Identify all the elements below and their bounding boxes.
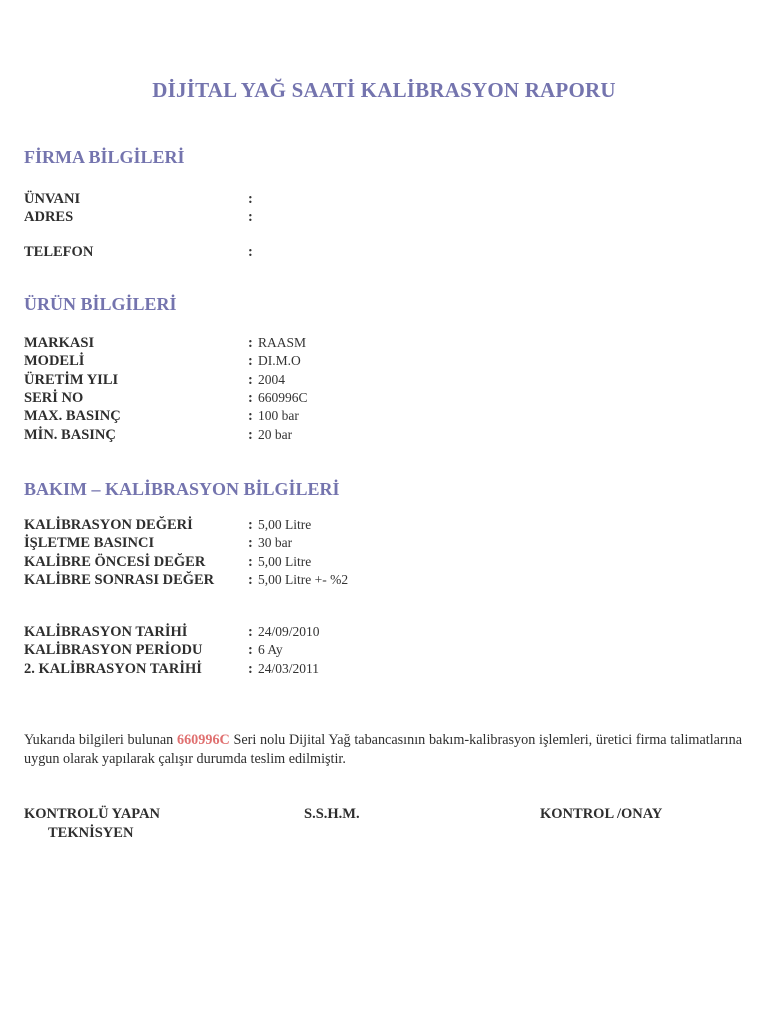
field-colon: : <box>248 243 253 261</box>
field-colon: : <box>248 334 253 352</box>
field-value: 24/03/2011 <box>258 660 319 678</box>
signature-technician-line1: KONTROLÜ YAPAN <box>24 805 160 824</box>
field-label: MODELİ <box>24 352 84 370</box>
field-colon: : <box>248 660 253 678</box>
field-label: 2. KALİBRASYON TARİHİ <box>24 660 202 678</box>
field-label: TELEFON <box>24 243 93 261</box>
field-label: SERİ NO <box>24 389 83 407</box>
field-colon: : <box>248 407 253 425</box>
field-label: KALİBRASYON PERİODU <box>24 641 202 659</box>
signature-sshm: S.S.H.M. <box>304 805 360 824</box>
statement-serial: 660996C <box>177 732 230 748</box>
statement-paragraph: Yukarıda bilgileri bulunan 660996C Seri … <box>24 731 742 769</box>
field-colon: : <box>248 516 253 534</box>
field-label: KALİBRE SONRASI DEĞER <box>24 571 214 589</box>
field-colon: : <box>248 190 253 208</box>
field-label: KALİBRE ÖNCESİ DEĞER <box>24 553 205 571</box>
field-value: 5,00 Litre +- %2 <box>258 571 348 589</box>
field-colon: : <box>248 534 253 552</box>
field-label: İŞLETME BASINCI <box>24 534 154 552</box>
section-firma-heading: FİRMA BİLGİLERİ <box>24 147 185 168</box>
field-value: DI.M.O <box>258 352 301 370</box>
field-value: RAASM <box>258 334 306 352</box>
field-label: MARKASI <box>24 334 94 352</box>
field-label: ÜNVANI <box>24 190 80 208</box>
field-colon: : <box>248 389 253 407</box>
field-value: 660996C <box>258 389 308 407</box>
field-colon: : <box>248 426 253 444</box>
field-label: ADRES <box>24 208 73 226</box>
field-value: 100 bar <box>258 407 299 425</box>
field-label: KALİBRASYON TARİHİ <box>24 623 187 641</box>
field-colon: : <box>248 623 253 641</box>
field-colon: : <box>248 641 253 659</box>
field-value: 20 bar <box>258 426 292 444</box>
field-value: 30 bar <box>258 534 292 552</box>
signature-technician-line2: TEKNİSYEN <box>24 824 160 843</box>
signature-approval: KONTROL /ONAY <box>540 805 662 824</box>
field-label: MİN. BASINÇ <box>24 426 116 444</box>
field-colon: : <box>248 553 253 571</box>
field-label: KALİBRASYON DEĞERİ <box>24 516 193 534</box>
report-title: DİJİTAL YAĞ SAATİ KALİBRASYON RAPORU <box>0 78 768 103</box>
field-colon: : <box>248 352 253 370</box>
field-value: 6 Ay <box>258 641 283 659</box>
field-value: 5,00 Litre <box>258 553 311 571</box>
section-urun-heading: ÜRÜN BİLGİLERİ <box>24 294 177 315</box>
signature-technician: KONTROLÜ YAPAN TEKNİSYEN <box>24 805 160 843</box>
field-value: 24/09/2010 <box>258 623 320 641</box>
field-value: 5,00 Litre <box>258 516 311 534</box>
field-colon: : <box>248 571 253 589</box>
field-colon: : <box>248 208 253 226</box>
field-label: MAX. BASINÇ <box>24 407 121 425</box>
field-colon: : <box>248 371 253 389</box>
field-value: 2004 <box>258 371 285 389</box>
field-label: ÜRETİM YILI <box>24 371 118 389</box>
section-bakim-heading: BAKIM – KALİBRASYON BİLGİLERİ <box>24 479 340 500</box>
statement-before: Yukarıda bilgileri bulunan <box>24 732 177 748</box>
